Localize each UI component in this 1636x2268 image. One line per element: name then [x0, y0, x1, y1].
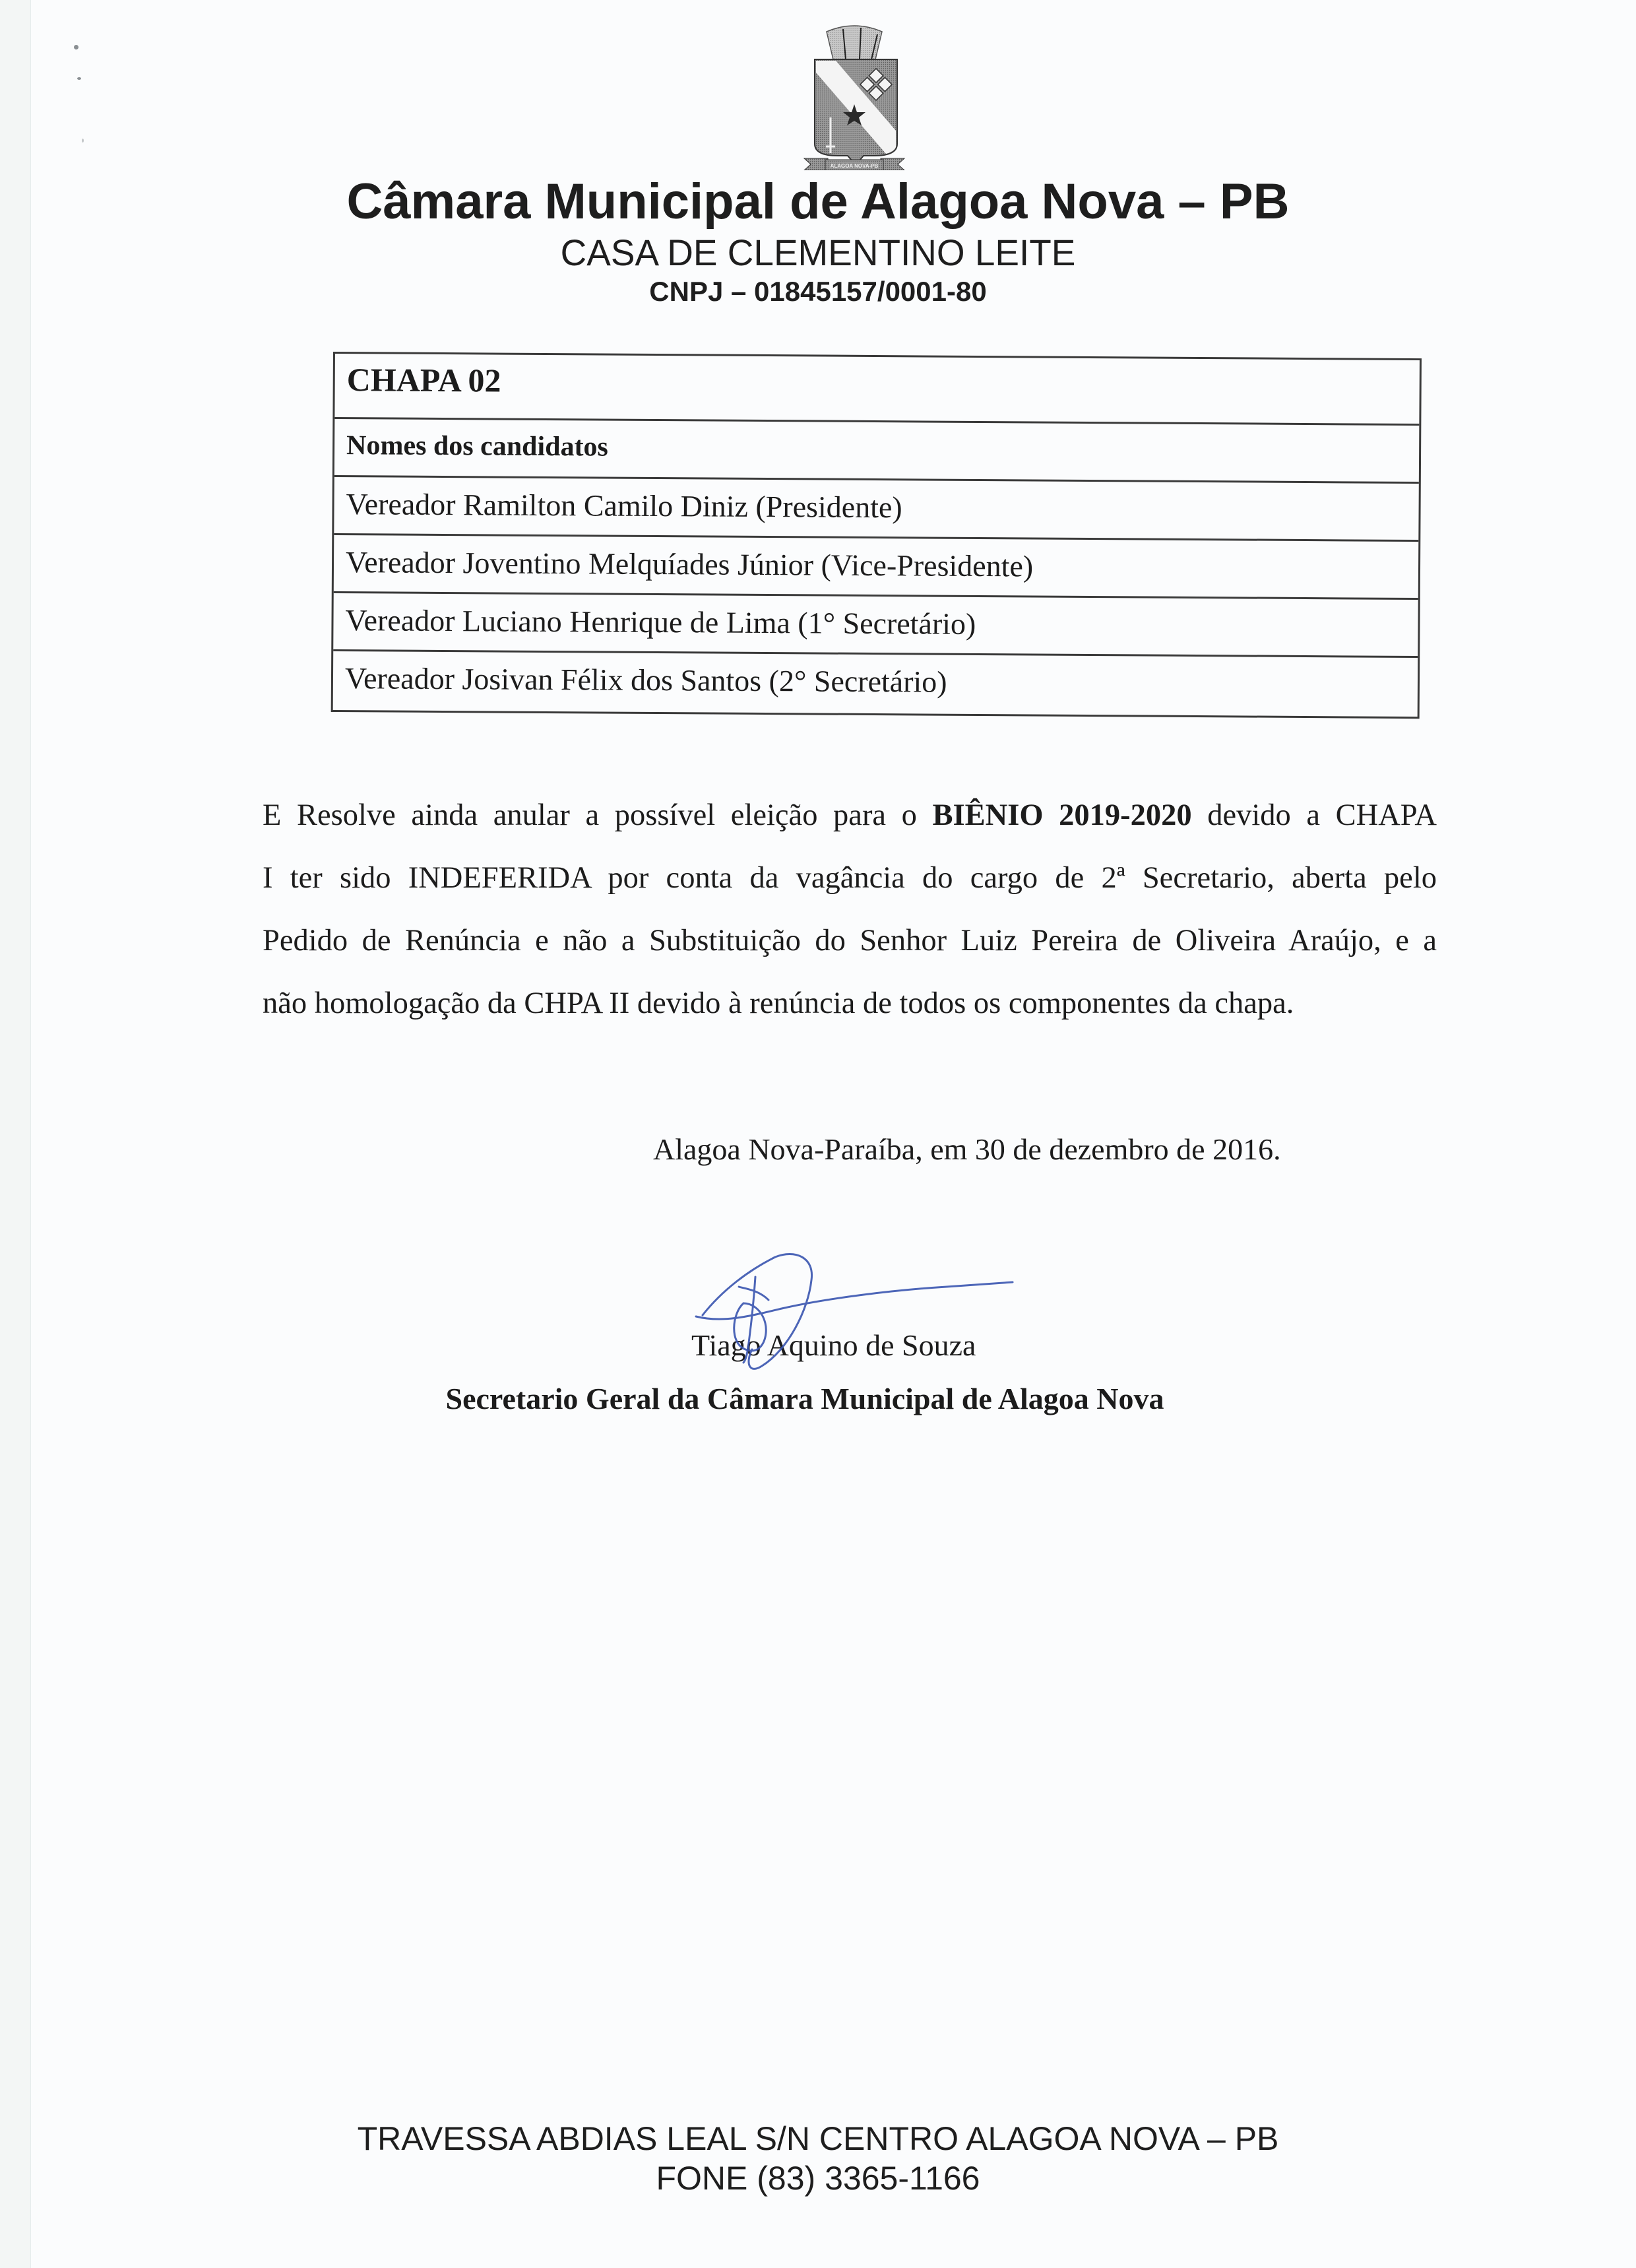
- handwritten-signature-icon: [683, 1250, 1052, 1382]
- table-row: Vereador Ramilton Camilo Diniz (Presiden…: [334, 475, 1419, 540]
- scan-speck: [82, 139, 84, 143]
- table-row: Vereador Josivan Félix dos Santos (2° Se…: [333, 649, 1418, 717]
- signer-role: Secretario Geral da Câmara Municipal de …: [0, 1381, 1636, 1416]
- paragraph-line: Pedido de Renúncia e não a Substituição …: [263, 909, 1437, 972]
- institution-subtitle: CASA DE CLEMENTINO LEITE: [16, 231, 1620, 274]
- paragraph-line: I ter sido INDEFERIDA por conta da vagân…: [263, 847, 1437, 909]
- table-header-row: Nomes dos candidatos: [334, 417, 1420, 482]
- footer-address: TRAVESSA ABDIAS LEAL S/N CENTRO ALAGOA N…: [0, 2120, 1636, 2158]
- table-row: Vereador Joventino Melquíades Júnior (Vi…: [334, 533, 1419, 598]
- table-title: CHAPA 02: [347, 360, 501, 399]
- scan-speck: [74, 45, 79, 49]
- paragraph-line: não homologação da CHPA II devido à renú…: [263, 972, 1437, 1035]
- institution-title: Câmara Municipal de Alagoa Nova – PB: [0, 173, 1636, 230]
- institution-cnpj: CNPJ – 01845157/0001-80: [0, 276, 1636, 308]
- place-and-date: Alagoa Nova-Paraíba, em 30 de dezembro d…: [653, 1132, 1281, 1167]
- scan-speck: [77, 77, 81, 80]
- candidate-name: Vereador Josivan Félix dos Santos (2° Se…: [345, 661, 947, 699]
- candidates-table: CHAPA 02 Nomes dos candidatos Vereador R…: [331, 352, 1422, 719]
- candidate-name: Vereador Joventino Melquíades Júnior (Vi…: [346, 544, 1033, 583]
- biennium-emphasis: BIÊNIO 2019-2020: [933, 798, 1192, 832]
- candidate-name: Vereador Luciano Henrique de Lima (1° Se…: [345, 602, 976, 641]
- resolution-paragraph: E Resolve ainda anular a possível eleiçã…: [263, 784, 1437, 1035]
- candidate-name: Vereador Ramilton Camilo Diniz (Presiden…: [346, 486, 902, 525]
- table-title-row: CHAPA 02: [334, 354, 1420, 424]
- crest-banner-text: ALAGOA NOVA-PB: [831, 163, 879, 169]
- paragraph-line: E Resolve ainda anular a possível eleiçã…: [263, 784, 1437, 847]
- paragraph-text: E Resolve ainda anular a possível eleiçã…: [263, 798, 933, 832]
- footer-phone: FONE (83) 3365-1166: [0, 2159, 1636, 2197]
- municipal-coat-of-arms-icon: ALAGOA NOVA-PB: [802, 12, 907, 170]
- table-row: Vereador Luciano Henrique de Lima (1° Se…: [333, 591, 1418, 656]
- paragraph-text: devido a CHAPA: [1192, 798, 1437, 832]
- scan-edge: [0, 0, 31, 2268]
- table-column-header: Nomes dos candidatos: [346, 430, 608, 463]
